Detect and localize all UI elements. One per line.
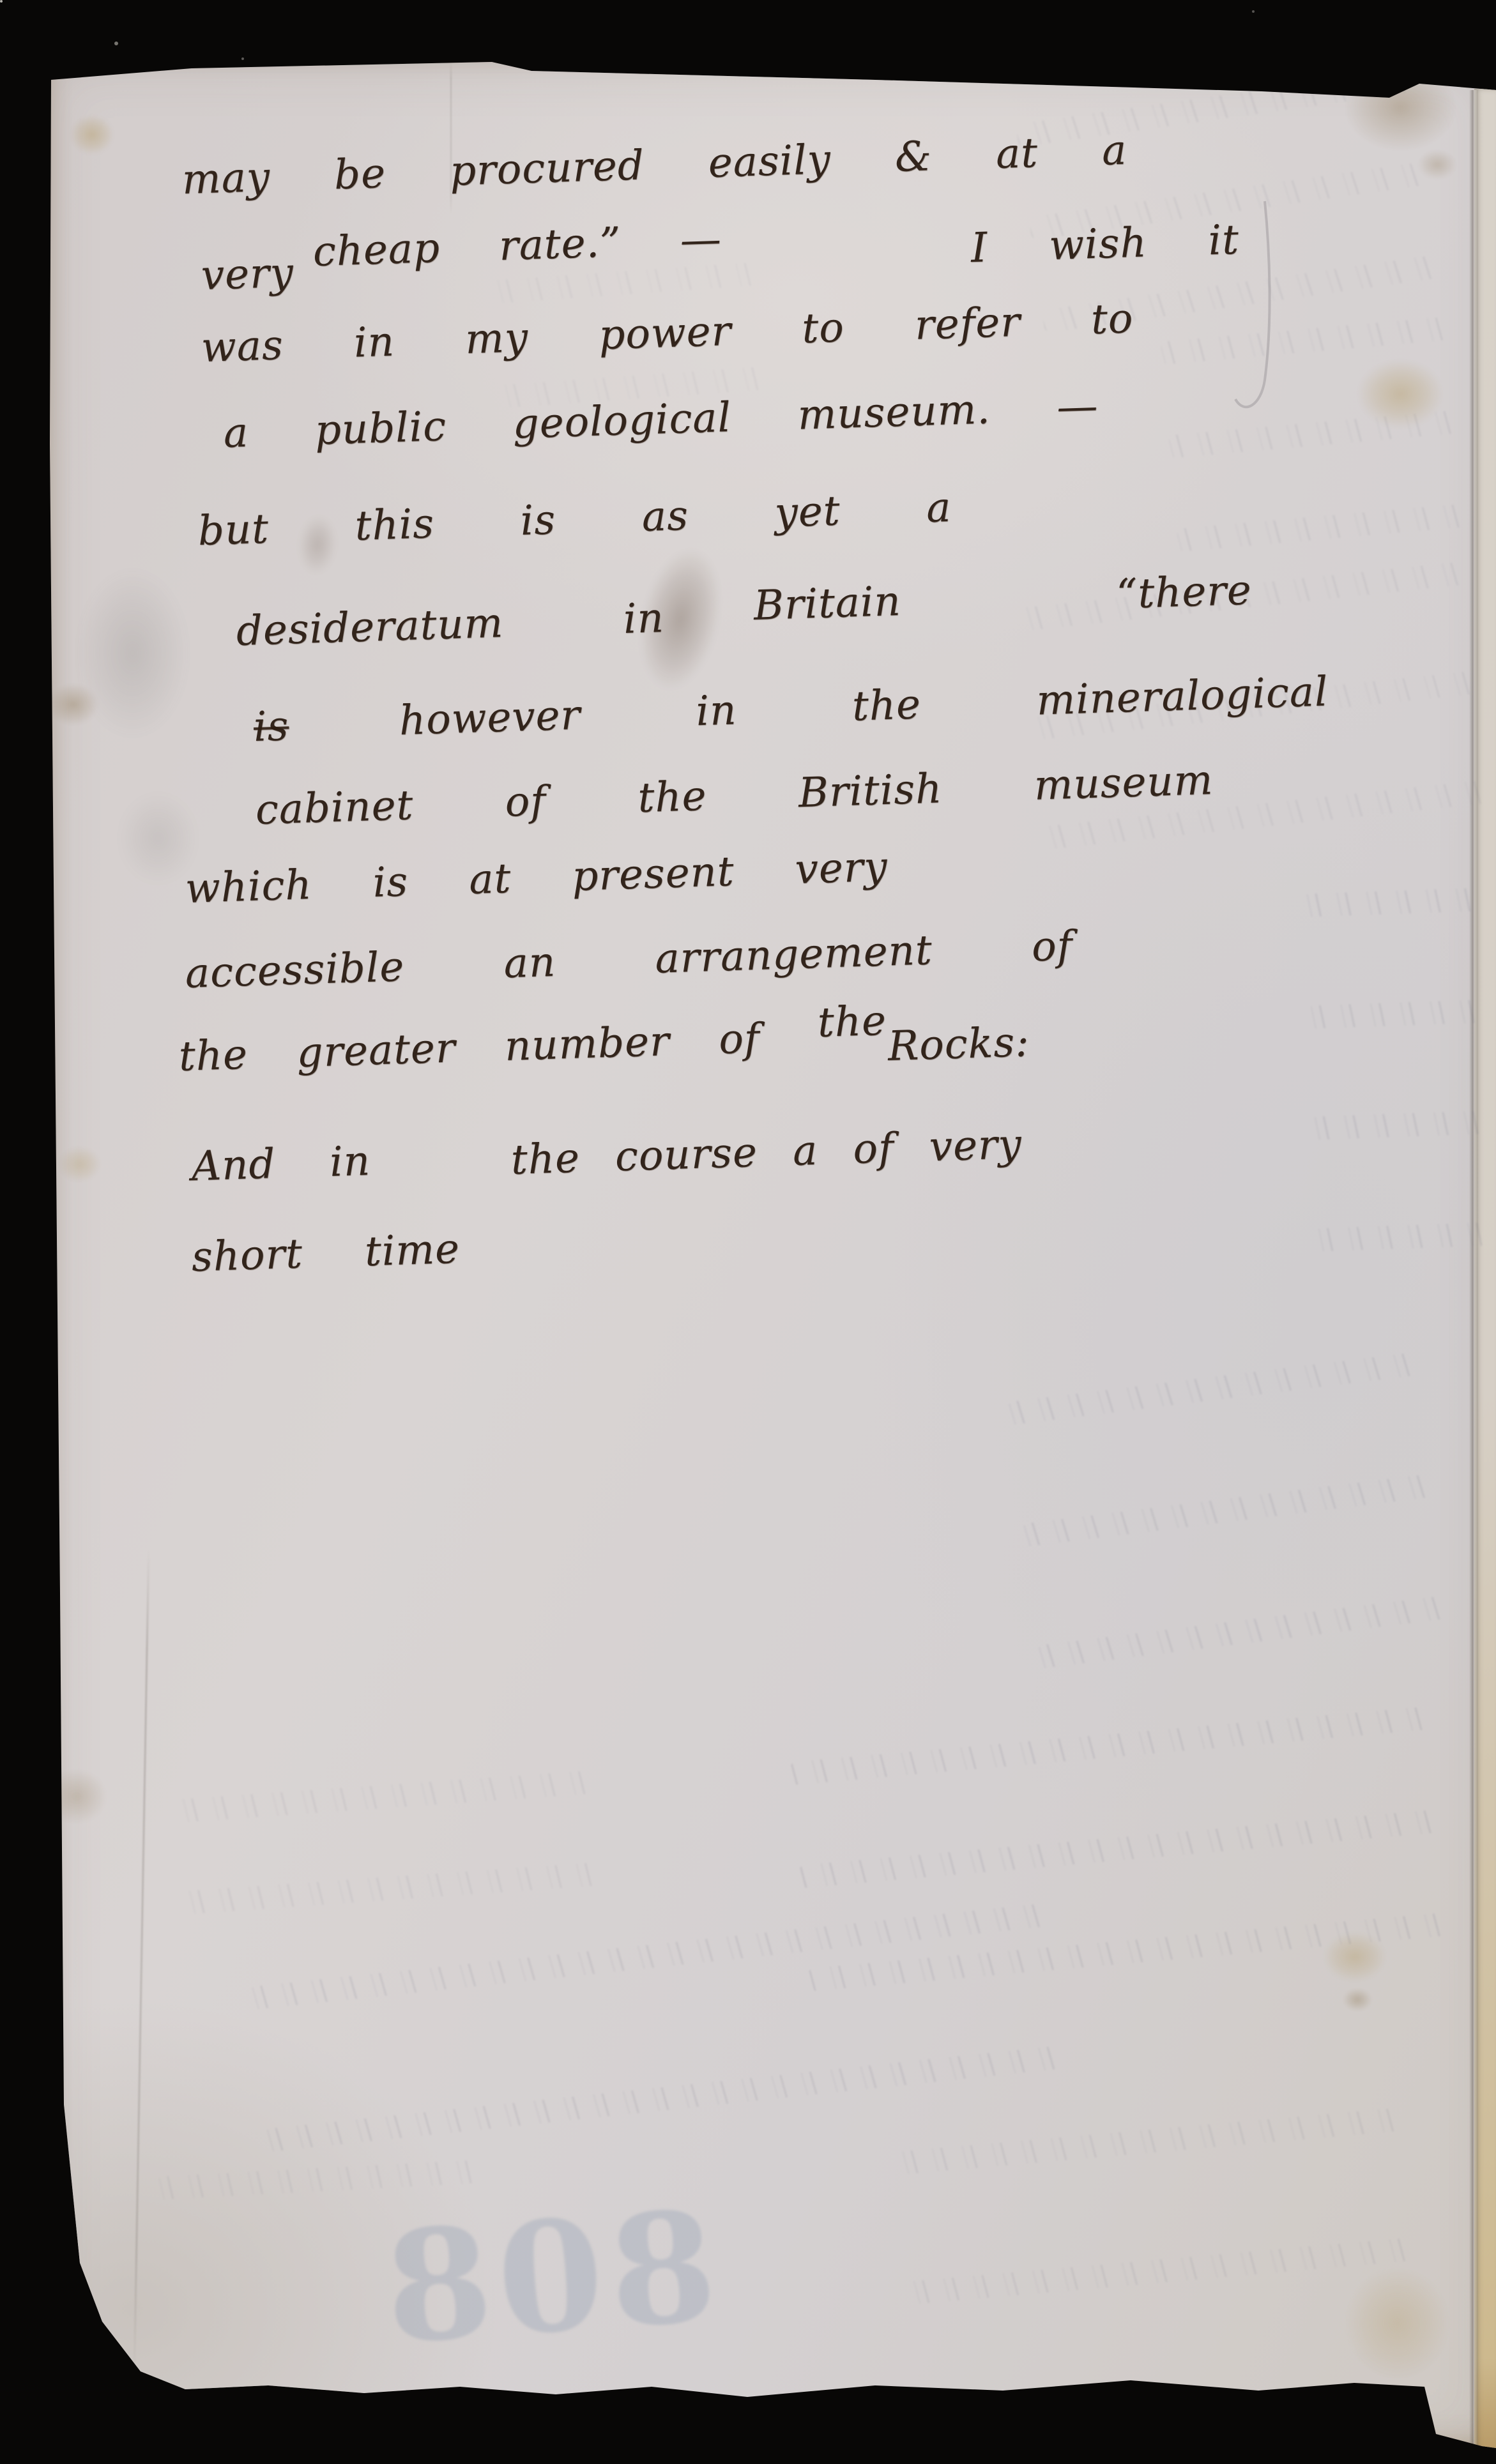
handwritten-word: “there: [1116, 570, 1253, 616]
handwritten-word: easily: [708, 139, 832, 184]
handwritten-word: British: [798, 768, 943, 814]
handwritten-line-line-7: howeverinthemineralogical: [399, 671, 1329, 741]
handwritten-word: of: [718, 1018, 760, 1060]
handwritten-word: is: [253, 706, 289, 748]
handwritten-word: I: [970, 227, 988, 269]
handwritten-word: yet: [774, 491, 841, 533]
handwritten-word: very: [929, 1124, 1023, 1168]
handwritten-word: this: [355, 503, 435, 547]
handwritten-word: greater: [296, 1028, 457, 1074]
handwritten-line-line-10: accessibleanarrangementof: [185, 925, 1073, 994]
handwritten-word: of: [1031, 925, 1073, 968]
handwritten-word: public: [314, 406, 447, 451]
handwritten-word: Rocks:: [887, 1022, 1030, 1067]
handwritten-line-line-1: maybeprocuredeasily&ata: [181, 130, 1127, 201]
handwritten-word: the: [851, 684, 922, 727]
handwritten-word: a: [223, 413, 249, 454]
handwritten-word: an: [503, 942, 556, 985]
handwritten-word: a: [1101, 130, 1127, 172]
handwritten-word: a: [926, 487, 952, 529]
handwritten-word: refer: [914, 302, 1021, 346]
handwritten-word: mineralogical: [1036, 671, 1329, 721]
handwritten-line-line-12-and: Andin: [191, 1141, 371, 1187]
handwritten-word: museum: [1034, 760, 1214, 807]
handwritten-word: it: [1208, 220, 1240, 261]
handwritten-word: number: [504, 1021, 670, 1067]
handwritten-word: cabinet: [255, 785, 414, 831]
dust-specks: [0, 0, 3, 3]
photograph-black-background: 808 maybeprocuredeasily&ataverycheaprate…: [0, 0, 1496, 2464]
handwritten-word: may: [181, 157, 271, 201]
handwritten-word: as: [641, 496, 689, 538]
manuscript-page: 808 maybeprocuredeasily&ataverycheaprate…: [45, 61, 1496, 2453]
handwritten-text-layer: maybeprocuredeasily&ataverycheaprate.”—I…: [45, 61, 1496, 2453]
handwritten-word: museum.: [797, 389, 991, 436]
handwritten-line-line-5: butthisisasyeta: [197, 487, 952, 552]
handwritten-word: of: [505, 781, 547, 823]
handwritten-word: wish: [1048, 222, 1147, 266]
handwritten-line-line-7-is: is: [253, 706, 289, 748]
handwritten-word: very: [201, 252, 294, 296]
handwritten-word: rate.”: [498, 222, 622, 267]
handwritten-word: to: [1090, 298, 1134, 340]
handwritten-word: arrangement: [655, 930, 933, 980]
handwritten-word: Britain: [753, 581, 902, 627]
handwritten-word: short: [191, 1234, 303, 1278]
handwritten-word: in: [623, 598, 665, 640]
handwritten-word: course: [614, 1132, 758, 1178]
handwritten-word: my: [464, 317, 529, 360]
handwritten-line-line-2-wish: Iwishit: [970, 220, 1240, 269]
handwritten-word: procured: [449, 145, 645, 192]
handwritten-word: power: [598, 311, 732, 356]
handwritten-word: accessible: [185, 947, 405, 994]
handwritten-word: present: [571, 851, 735, 897]
handwritten-word: in: [696, 690, 738, 732]
handwritten-word: the: [817, 1001, 887, 1044]
handwritten-line-line-4: apublicgeologicalmuseum.—: [223, 386, 1099, 454]
handwritten-line-line-6-left: desideratumin: [236, 598, 665, 652]
handwritten-word: at: [995, 133, 1039, 175]
handwritten-line-line-2-cheap: cheaprate.”—: [312, 219, 722, 273]
handwritten-word: is: [520, 499, 556, 542]
handwritten-line-line-2-very: very: [201, 252, 294, 296]
handwritten-word: &: [894, 136, 933, 178]
handwritten-word: however: [399, 695, 581, 741]
handwritten-line-line-8: cabinetoftheBritishmuseum: [255, 760, 1214, 831]
handwritten-word: —: [1056, 386, 1099, 428]
handwritten-word: very: [795, 846, 889, 890]
handwritten-line-line-11-the: the: [817, 1001, 887, 1044]
handwritten-word: which: [185, 865, 312, 909]
handwritten-word: a: [792, 1130, 818, 1172]
handwritten-word: in: [329, 1141, 371, 1183]
handwritten-word: desideratum: [236, 603, 504, 652]
handwritten-word: the: [178, 1035, 248, 1077]
handwritten-line-line-6-right: Britain“there: [753, 570, 1253, 627]
handwritten-word: the: [637, 776, 708, 819]
handwritten-line-line-11-left: thegreaternumberof: [178, 1018, 761, 1077]
handwritten-word: was: [201, 325, 284, 369]
handwritten-word: geological: [512, 397, 732, 445]
handwritten-word: is: [372, 862, 409, 904]
handwritten-word: of: [852, 1128, 894, 1170]
handwritten-line-line-9: whichisatpresentvery: [185, 846, 888, 909]
handwritten-word: at: [468, 858, 512, 901]
handwritten-line-line-3: wasinmypowertoreferto: [201, 298, 1134, 369]
handwritten-word: And: [191, 1144, 276, 1187]
handwritten-word: —: [680, 219, 722, 261]
handwritten-line-line-13: shorttime: [191, 1229, 461, 1278]
handwritten-line-line-11-rocks: Rocks:: [887, 1022, 1030, 1067]
handwritten-word: be: [333, 153, 386, 196]
handwritten-line-line-12-rest: thecourseaofvery: [510, 1124, 1023, 1181]
handwritten-word: time: [364, 1229, 461, 1273]
handwritten-word: the: [510, 1138, 581, 1181]
handwritten-word: cheap: [312, 228, 441, 273]
handwritten-word: but: [197, 509, 270, 552]
handwritten-word: in: [353, 322, 395, 364]
handwritten-word: to: [801, 307, 844, 349]
